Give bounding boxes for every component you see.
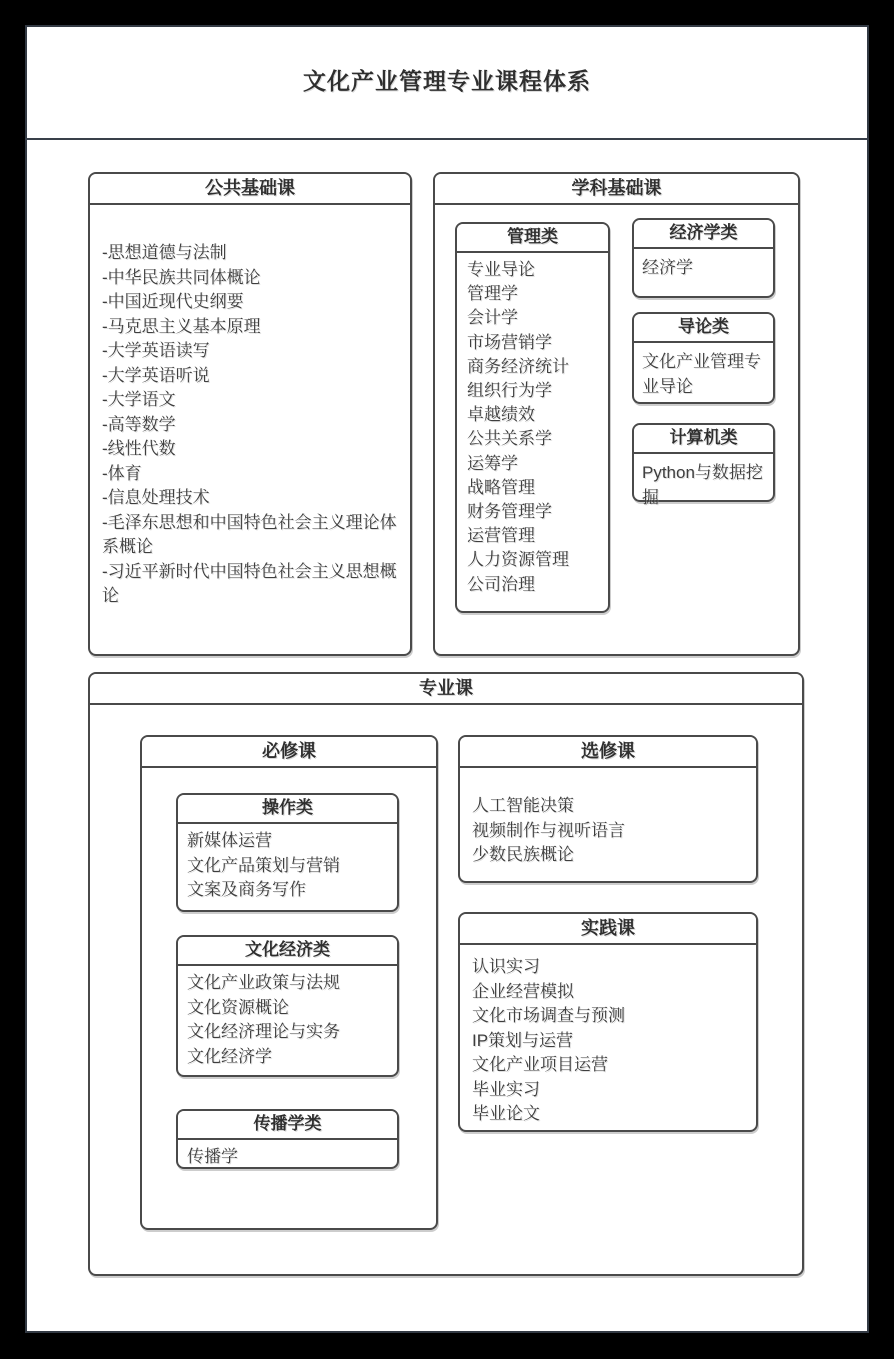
group-introduction: 导论类 文化产业管理专业导论 [632,312,775,404]
elective-course-list: 人工智能决策视频制作与视听语言少数民族概论 [460,768,756,868]
course-item: -线性代数 [102,437,398,462]
practice-course-list: 认识实习企业经营模拟文化市场调查与预测IP策划与运营文化产业项目运营毕业实习毕业… [460,945,756,1127]
cultural-economics-course-list: 文化产业政策与法规文化资源概论文化经济理论与实务文化经济学 [178,966,397,1069]
subsection-elective-courses: 选修课 人工智能决策视频制作与视听语言少数民族概论 [458,735,758,883]
course-item: -马克思主义基本原理 [102,315,398,340]
course-item: 视频制作与视听语言 [472,819,744,844]
course-item: -信息处理技术 [102,486,398,511]
subsection-header-practice: 实践课 [460,914,756,945]
introduction-course-list: 文化产业管理专业导论 [634,343,773,399]
group-header-operation: 操作类 [178,795,397,824]
course-item: -高等数学 [102,413,398,438]
course-item: -习近平新时代中国特色社会主义思想概论 [102,560,398,609]
subsection-required-courses: 必修课 操作类 新媒体运营文化产品策划与营销文案及商务写作 文化经济类 文化产业… [140,735,438,1230]
course-item: IP策划与运营 [472,1029,744,1054]
computer-course-list: Python与数据挖掘 [634,454,773,510]
title-divider [25,138,869,140]
course-item: -大学英语听说 [102,364,398,389]
course-item: -中国近现代史纲要 [102,290,398,315]
management-course-list: 专业导论管理学会计学市场营销学商务经济统计组织行为学卓越绩效公共关系学运筹学战略… [457,253,608,597]
diagram-canvas: 文化产业管理专业课程体系 公共基础课 -思想道德与法制-中华民族共同体概论-中国… [0,0,894,1359]
course-item: 毕业实习 [472,1078,744,1103]
group-computer: 计算机类 Python与数据挖掘 [632,423,775,502]
course-item: 文化经济学 [187,1045,388,1070]
course-item: 人力资源管理 [467,548,598,572]
course-item: 新媒体运营 [187,829,388,854]
course-item: 人工智能决策 [472,794,744,819]
group-operation: 操作类 新媒体运营文化产品策划与营销文案及商务写作 [176,793,399,912]
course-item: 文化市场调查与预测 [472,1004,744,1029]
course-item: 文化资源概论 [187,996,388,1021]
course-item: 市场营销学 [467,331,598,355]
course-item: 商务经济统计 [467,355,598,379]
group-header-management: 管理类 [457,224,608,253]
course-item: 会计学 [467,306,598,330]
course-item: 认识实习 [472,955,744,980]
course-item: -思想道德与法制 [102,241,398,266]
group-header-cultural-economics: 文化经济类 [178,937,397,966]
subsection-practice-courses: 实践课 认识实习企业经营模拟文化市场调查与预测IP策划与运营文化产业项目运营毕业… [458,912,758,1132]
group-management: 管理类 专业导论管理学会计学市场营销学商务经济统计组织行为学卓越绩效公共关系学运… [455,222,610,613]
section-header-public-basic: 公共基础课 [90,174,410,205]
section-discipline-basic-courses: 学科基础课 管理类 专业导论管理学会计学市场营销学商务经济统计组织行为学卓越绩效… [433,172,800,656]
course-item: 经济学 [642,256,765,281]
course-item: 文案及商务写作 [187,878,388,903]
page-title: 文化产业管理专业课程体系 [27,63,867,96]
communication-course-list: 传播学 [178,1140,397,1170]
group-economics: 经济学类 经济学 [632,218,775,298]
section-public-basic-courses: 公共基础课 -思想道德与法制-中华民族共同体概论-中国近现代史纲要-马克思主义基… [88,172,412,656]
group-cultural-economics: 文化经济类 文化产业政策与法规文化资源概论文化经济理论与实务文化经济学 [176,935,399,1077]
course-item: 组织行为学 [467,379,598,403]
course-item: 企业经营模拟 [472,980,744,1005]
course-item: -大学英语读写 [102,339,398,364]
section-header-discipline-basic: 学科基础课 [435,174,798,205]
course-item: -毛泽东思想和中国特色社会主义理论体系概论 [102,511,398,560]
course-item: Python与数据挖掘 [642,461,765,510]
course-item: 文化产业管理专业导论 [642,350,765,399]
course-item: 公共关系学 [467,427,598,451]
course-item: 文化产业项目运营 [472,1053,744,1078]
course-item: 财务管理学 [467,500,598,524]
economics-course-list: 经济学 [634,249,773,281]
course-item: 毕业论文 [472,1102,744,1127]
course-item: -中华民族共同体概论 [102,266,398,291]
course-item: 运营管理 [467,524,598,548]
course-item: 运筹学 [467,452,598,476]
group-header-economics: 经济学类 [634,220,773,249]
operation-course-list: 新媒体运营文化产品策划与营销文案及商务写作 [178,824,397,903]
diagram-page: 文化产业管理专业课程体系 公共基础课 -思想道德与法制-中华民族共同体概论-中国… [25,25,869,1333]
group-header-introduction: 导论类 [634,314,773,343]
group-communication: 传播学类 传播学 [176,1109,399,1169]
course-item: 公司治理 [467,573,598,597]
course-item: 专业导论 [467,258,598,282]
course-item: 文化产业政策与法规 [187,971,388,996]
group-header-communication: 传播学类 [178,1111,397,1140]
subsection-header-required: 必修课 [142,737,436,768]
group-header-computer: 计算机类 [634,425,773,454]
section-professional-courses: 专业课 必修课 操作类 新媒体运营文化产品策划与营销文案及商务写作 文化经济类 … [88,672,804,1276]
course-item: 文化经济理论与实务 [187,1020,388,1045]
course-item: -大学语文 [102,388,398,413]
public-basic-course-list: -思想道德与法制-中华民族共同体概论-中国近现代史纲要-马克思主义基本原理-大学… [90,205,410,609]
course-item: -体育 [102,462,398,487]
course-item: 少数民族概论 [472,843,744,868]
section-header-professional: 专业课 [90,674,802,705]
subsection-header-elective: 选修课 [460,737,756,768]
course-item: 管理学 [467,282,598,306]
course-item: 战略管理 [467,476,598,500]
course-item: 传播学 [187,1145,388,1170]
course-item: 卓越绩效 [467,403,598,427]
course-item: 文化产品策划与营销 [187,854,388,879]
